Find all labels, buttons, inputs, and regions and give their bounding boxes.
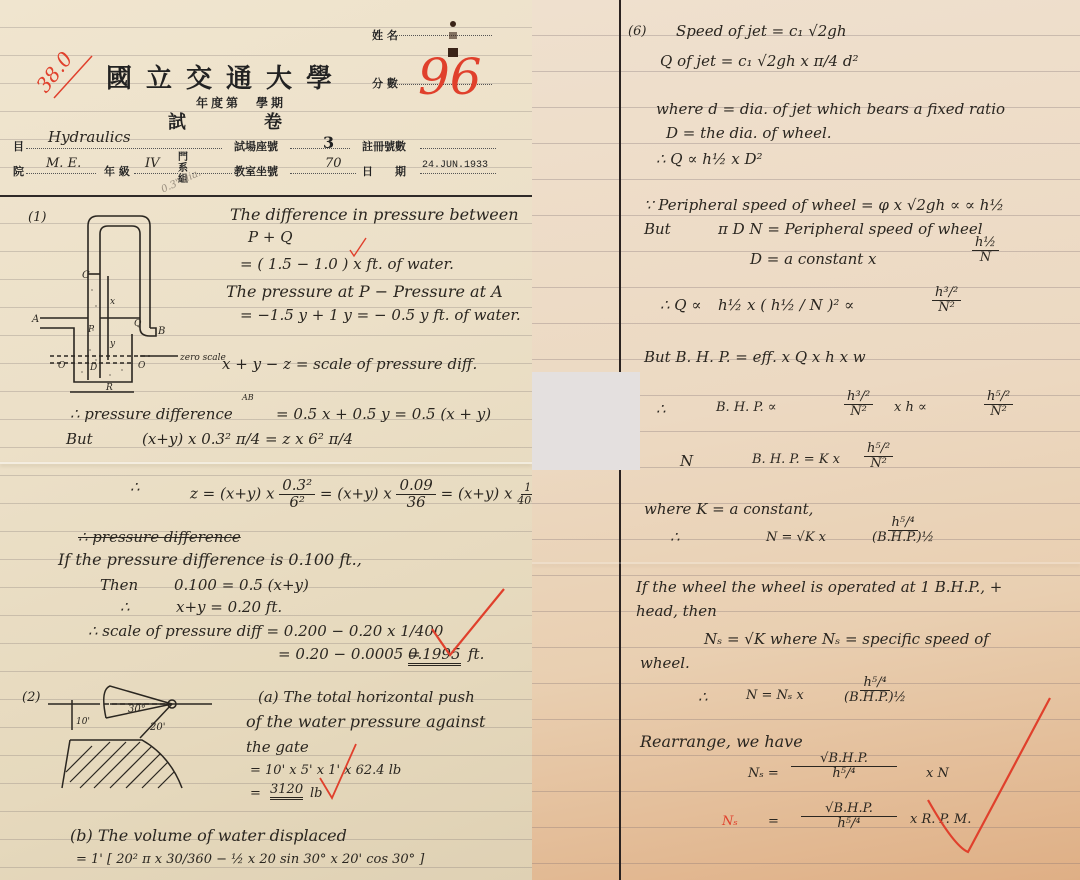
p2a-line-1: (a) The total horizontal push [258, 688, 475, 706]
svg-text:B: B [157, 326, 165, 337]
svg-text:x: x [110, 297, 115, 307]
p6-n-label: N [680, 452, 693, 470]
svg-text:A: A [31, 314, 39, 325]
fraction-1: 0.3²6² [279, 478, 315, 511]
svg-text:O: O [138, 361, 146, 371]
exam-page-right: (6) Speed of jet = c₁ √2gh Q of jet = c₁… [532, 0, 1080, 880]
frac-num: h½ [972, 236, 999, 251]
p6-but-1: But [644, 220, 671, 238]
p2a-answer: 3120 [270, 782, 303, 800]
p6-line-13: B. H. P. = K x [752, 452, 840, 467]
problem-2-number: (2) [22, 690, 40, 705]
registration-label: 註冊號數 [362, 138, 406, 154]
svg-text:zero scale: zero scale [179, 353, 226, 363]
p1-conclusion-5: = 0.20 − 0.0005 = [278, 645, 421, 663]
frac-num: h⁵/⁴ [860, 676, 889, 691]
fraction-3: 1400 [517, 482, 532, 506]
name-line [392, 35, 492, 36]
frac-num: h⁵/² [984, 390, 1013, 405]
p1-z-mid: = (x+y) x [320, 484, 392, 502]
subject-value: Hydraulics [48, 128, 131, 146]
room-seat-line [290, 173, 356, 174]
date-value: 24.JUN.1933 [422, 160, 488, 171]
svg-text:30°: 30° [128, 704, 146, 715]
p6-line-7: π D N = Peripheral speed of wheel [718, 220, 983, 238]
p2a-line-2: of the water pressure against [246, 712, 485, 731]
registration-line [420, 148, 496, 149]
p1-but: But [66, 430, 93, 448]
subject-line [26, 148, 222, 149]
p1-line-4: The pressure at P − Pressure at A [226, 282, 503, 301]
p1-line-3: = ( 1.5 − 1.0 ) x ft. of water. [240, 255, 454, 273]
seat-value: 3 [323, 133, 334, 152]
p6-therefore-n: ∴ [670, 528, 680, 546]
svg-text:P: P [87, 325, 95, 335]
p6-therefore-q: ∴ Q ∝ [660, 296, 702, 314]
college-value: M. E. [46, 156, 81, 171]
room-seat-value: 70 [325, 156, 342, 171]
paper-type: 試 卷 [168, 108, 288, 134]
p6-line-21: Rearrange, we have [640, 732, 803, 751]
p6-line-9: h½ x ( h½ / N )² ∝ [718, 296, 854, 314]
frac-den: 36 [407, 495, 426, 511]
redacted-patch [532, 372, 640, 470]
p6-line-8: D = a constant x [750, 250, 877, 268]
frac-num: √B.H.P. [801, 802, 897, 817]
svg-text:O: O [58, 361, 66, 371]
p1-z-lhs: z = (x+y) x [190, 484, 274, 502]
p1-line-2: P + Q [248, 228, 293, 246]
p6-line-19: wheel. [640, 654, 690, 672]
frac-den: h⁵/⁴ [837, 817, 860, 831]
frac-num: √B.H.P. [791, 752, 897, 767]
svg-text:20': 20' [149, 722, 165, 733]
date-line [420, 173, 496, 174]
grade-label: 年 級 [104, 163, 130, 179]
p1-line-5: = −1.5 y + 1 y = − 0.5 y ft. of water. [240, 306, 521, 324]
svg-text:D: D [89, 363, 97, 373]
p6-line-20: N = Nₛ x [746, 688, 804, 703]
p1-therefore-2: ∴ [120, 598, 130, 616]
frac-num: h³/² [844, 390, 873, 405]
p1-conclusion-4: ∴ scale of pressure diff = 0.200 − 0.20 … [88, 622, 443, 640]
p6-line-12: x h ∝ [894, 400, 927, 415]
margin-score-slash [50, 52, 100, 102]
p1-conclusion-3: x+y = 0.20 ft. [176, 598, 282, 616]
frac-den: N² [870, 457, 887, 471]
p6-equals: = [768, 814, 779, 829]
p6-line-3: where d = dia. of jet which bears a fixe… [656, 100, 1005, 118]
frac-num: h³/² [932, 286, 961, 301]
p6-line-18: Nₛ = √K where Nₛ = specific speed of [704, 630, 989, 648]
p1-struck-text: ∴ pressure difference [78, 528, 241, 546]
grade-line [134, 173, 178, 174]
p6-line-14: where K = a constant, [644, 500, 813, 518]
p6-frac-3: h³/²N² [844, 390, 873, 418]
sector-gate-diagram: 10' 30° 20' [40, 682, 220, 792]
p6-line-15: N = √K x [766, 530, 826, 545]
score-label: 分 數 [372, 75, 398, 91]
college-label: 院 [13, 163, 24, 179]
p2a-eq: = [250, 786, 261, 801]
fraction-2: 0.0936 [396, 478, 435, 511]
exam-page-left: 國立交通大學 年度第 學期 試 卷 姓 名 分 數 96 38.0 目 Hydr… [0, 0, 532, 880]
frac-num: h⁵/⁴ [888, 516, 917, 531]
p6-line-11: B. H. P. ∝ [716, 400, 777, 415]
p2b-line-1: (b) The volume of water displaced [70, 826, 347, 845]
p6-line-6: ∵ Peripheral speed of wheel = φ x √2gh ∝… [644, 196, 1004, 214]
p1-z-eq: z = (x+y) x 0.3²6² = (x+y) x 0.0936 = (x… [190, 478, 532, 511]
p2a-line-3: the gate [246, 738, 309, 756]
p6-frac-4: h⁵/²N² [984, 390, 1013, 418]
frac-den: N [980, 251, 991, 265]
frac-den: (B.H.P.)½ [872, 531, 934, 545]
p1-conclusion-1: If the pressure difference is 0.100 ft., [58, 550, 362, 569]
svg-text:10': 10' [76, 717, 90, 727]
p6-frac-8: √B.H.P.h⁵/⁴ [794, 752, 894, 780]
p6-ns-red: Nₛ [722, 814, 738, 829]
svg-text:y: y [109, 339, 116, 349]
p6-therefore-n2: ∴ [698, 688, 708, 706]
p6-frac-5: h⁵/²N² [864, 442, 893, 470]
p6-frac-1: h½N [972, 236, 999, 264]
score-value: 96 [418, 48, 482, 106]
red-check-large-icon [924, 696, 1054, 856]
frac-num: 1 [521, 482, 532, 495]
fold-crease-right [532, 562, 1080, 564]
p1-z-rhs: = (x+y) x [441, 484, 513, 502]
university-title: 國立交通大學 [106, 58, 346, 95]
seat-line [290, 148, 350, 149]
date-label: 日 期 [362, 163, 406, 179]
p6-frac-2: h³/²N² [932, 286, 961, 314]
college-line [26, 173, 96, 174]
frac-num: h⁵/² [864, 442, 893, 457]
p6-line-4: D = the dia. of wheel. [666, 124, 832, 142]
svg-text:R: R [105, 383, 113, 393]
label-c: C [82, 270, 90, 281]
p6-ns-1: Nₛ = [748, 766, 779, 781]
frac-den: (B.H.P.)½ [844, 691, 906, 705]
room-seat-label: 教室坐號 [234, 163, 278, 179]
p1-ab-annotation: AB [242, 393, 254, 402]
frac-den: 6² [289, 495, 305, 511]
red-check-icon-2 [318, 742, 358, 802]
p6-frac-9: √B.H.P.h⁵/⁴ [804, 802, 894, 830]
subject-label: 目 [13, 138, 24, 154]
p1-conclusion-2: 0.100 = 0.5 (x+y) [174, 576, 309, 594]
p6-line-17: head, then [636, 602, 717, 620]
p1-derivation-2: = 0.5 x + 0.5 y = 0.5 (x + y) [276, 405, 491, 423]
p6-frac-6: h⁵/⁴(B.H.P.)½ [872, 516, 934, 544]
fold-crease [0, 462, 532, 464]
grade-value: IV [145, 156, 160, 171]
p2b-line-2: = 1' [ 20² π x 30/360 − ½ x 20 sin 30° x… [76, 852, 424, 867]
header-rule [0, 195, 532, 197]
p1-derivation-1: ∴ pressure difference [70, 405, 233, 423]
p1-therefore: ∴ [130, 478, 140, 496]
p6-frac-7: h⁵/⁴(B.H.P.)½ [844, 676, 906, 704]
p1-derivation-3: (x+y) x 0.3² π/4 = z x 6² π/4 [142, 430, 353, 448]
p6-therefore-bhp: ∴ [656, 400, 666, 418]
p6-line-16: If the wheel the wheel is operated at 1 … [636, 578, 1002, 596]
p1-line-6: x + y − z = scale of pressure diff. [222, 355, 477, 373]
p1-then: Then [100, 576, 138, 594]
frac-den: N² [990, 405, 1007, 419]
frac-den: h⁵/⁴ [832, 767, 855, 781]
p6-line-5: ∴ Q ∝ h½ x D² [656, 150, 763, 168]
svg-text:Q: Q [134, 319, 142, 329]
p1-line-1: The difference in pressure between [230, 205, 519, 224]
p6-line-2: Q of jet = c₁ √2gh x π/4 d² [660, 52, 858, 70]
problem-6-number: (6) [628, 24, 646, 39]
frac-den: N² [850, 405, 867, 419]
seat-label: 試場座號 [234, 138, 278, 154]
red-check-icon [428, 585, 508, 665]
p6-line-10: But B. H. P. = eff. x Q x h x w [644, 348, 866, 366]
p6-line-1: Speed of jet = c₁ √2gh [676, 22, 847, 40]
frac-den: 400 [517, 495, 532, 507]
manometer-diagram: C A B P Q D O O x y R zero scale [30, 210, 230, 400]
frac-den: N² [938, 301, 955, 315]
